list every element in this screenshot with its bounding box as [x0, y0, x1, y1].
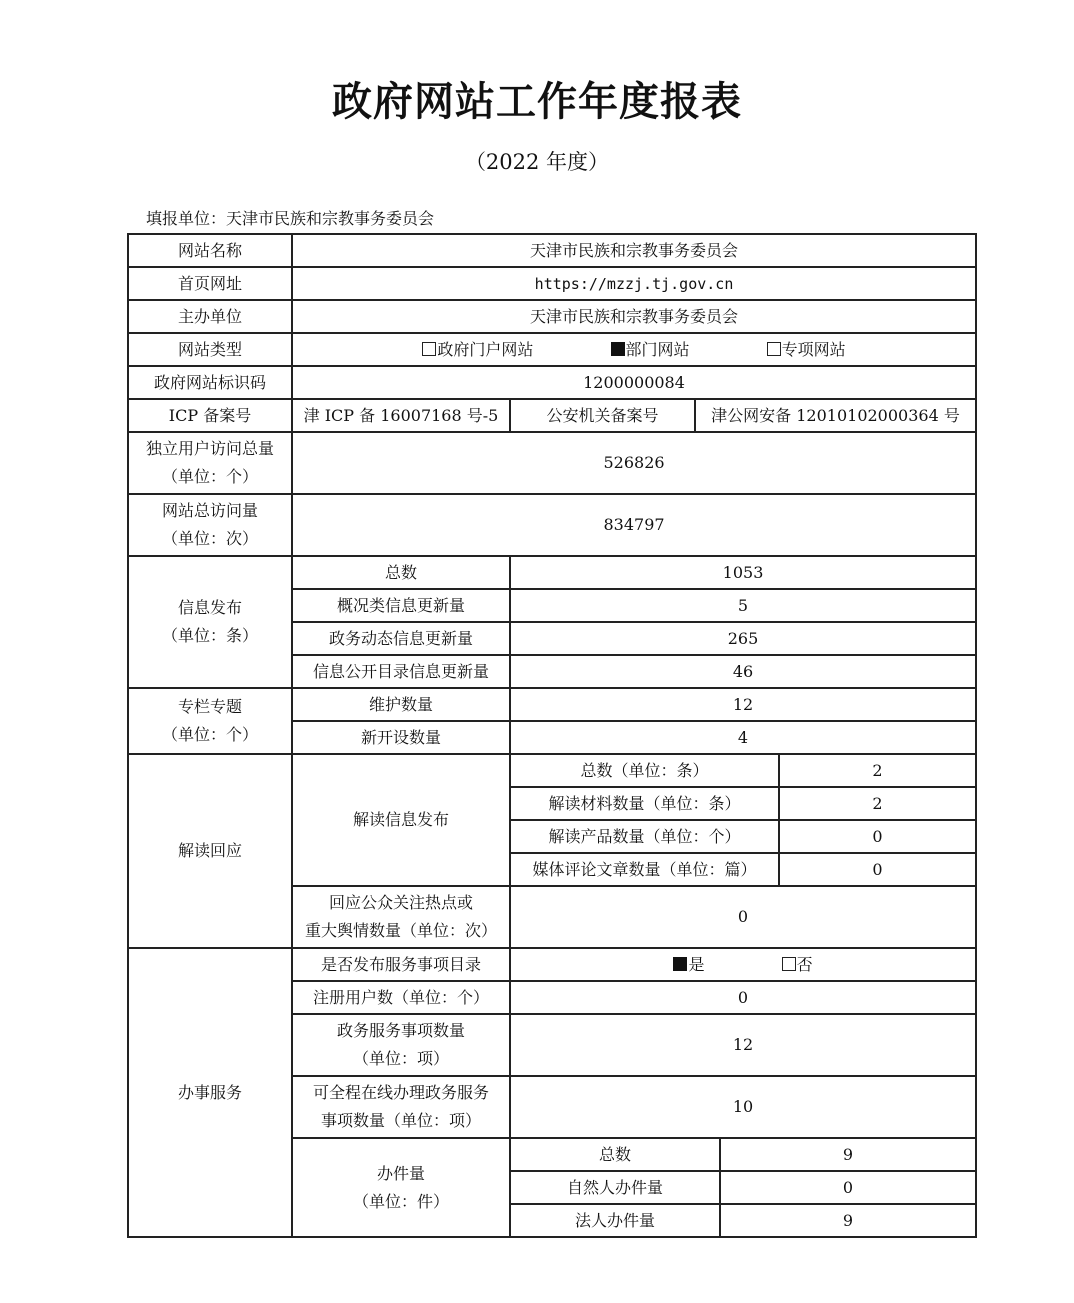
label: 解读产品数量（单位：个）: [510, 820, 779, 853]
label: 自然人办件量: [510, 1171, 720, 1204]
row-host: 主办单位 天津市民族和宗教事务委员会: [128, 300, 976, 333]
value: 天津市民族和宗教事务委员会: [292, 300, 976, 333]
checkbox-checked-icon[interactable]: [611, 342, 625, 356]
label: 网站总访问量（单位：次）: [128, 494, 292, 556]
row-site-type: 网站类型 政府门户网站 部门网站 专项网站: [128, 333, 976, 366]
checkbox-unchecked-icon[interactable]: [767, 342, 781, 356]
row-homepage: 首页网址 https://mzzj.tj.gov.cn: [128, 267, 976, 300]
label: 政务服务事项数量（单位：项）: [292, 1014, 510, 1076]
section-info-publish: 信息发布（单位：条）: [128, 556, 292, 688]
value: 10: [510, 1076, 976, 1138]
label: 概况类信息更新量: [292, 589, 510, 622]
page-title: 政府网站工作年度报表: [0, 70, 1074, 127]
report-table: 网站名称 天津市民族和宗教事务委员会 首页网址 https://mzzj.tj.…: [127, 233, 977, 1238]
value: 12: [510, 1014, 976, 1076]
value: 1053: [510, 556, 976, 589]
homepage-link[interactable]: https://mzzj.tj.gov.cn: [292, 267, 976, 300]
label: 主办单位: [128, 300, 292, 333]
label: 政府网站标识码: [128, 366, 292, 399]
value: 9: [720, 1138, 976, 1171]
report-year: （2022 年度）: [0, 146, 1074, 176]
option-yes[interactable]: 是: [673, 951, 704, 979]
value: 0: [720, 1171, 976, 1204]
label: ICP 备案号: [128, 399, 292, 432]
section-services: 办事服务: [128, 948, 292, 1237]
value: 0: [510, 981, 976, 1014]
option-portal[interactable]: 政府门户网站: [422, 336, 533, 364]
row-site-name: 网站名称 天津市民族和宗教事务委员会: [128, 234, 976, 267]
row-columns-maintain: 专栏专题（单位：个） 维护数量 12: [128, 688, 976, 721]
value: 265: [510, 622, 976, 655]
section-columns: 专栏专题（单位：个）: [128, 688, 292, 754]
cases-label: 办件量（单位：件）: [292, 1138, 510, 1237]
label: 回应公众关注热点或重大舆情数量（单位：次）: [292, 886, 510, 948]
row-uv: 独立用户访问总量（单位：个） 526826: [128, 432, 976, 494]
catalog-options: 是 否: [510, 948, 976, 981]
label: 独立用户访问总量（单位：个）: [128, 432, 292, 494]
police-value: 津公网安备 12010102000364 号: [695, 399, 976, 432]
value: 4: [510, 721, 976, 754]
label: 媒体评论文章数量（单位：篇）: [510, 853, 779, 886]
value: 526826: [292, 432, 976, 494]
value: 0: [510, 886, 976, 948]
value: 12: [510, 688, 976, 721]
label: 公安机关备案号: [510, 399, 695, 432]
label: 总数（单位：条）: [510, 754, 779, 787]
row-pv: 网站总访问量（单位：次） 834797: [128, 494, 976, 556]
label: 信息公开目录信息更新量: [292, 655, 510, 688]
section-interpret: 解读回应: [128, 754, 292, 948]
value: 2: [779, 787, 976, 820]
row-service-catalog: 办事服务 是否发布服务事项目录 是 否: [128, 948, 976, 981]
label: 网站类型: [128, 333, 292, 366]
row-info-total: 信息发布（单位：条） 总数 1053: [128, 556, 976, 589]
site-type-options: 政府门户网站 部门网站 专项网站: [292, 333, 976, 366]
row-interpret-total: 解读回应 解读信息发布 总数（单位：条） 2: [128, 754, 976, 787]
checkbox-checked-icon[interactable]: [673, 957, 687, 971]
label: 总数: [292, 556, 510, 589]
checkbox-unchecked-icon[interactable]: [422, 342, 436, 356]
label: 政务动态信息更新量: [292, 622, 510, 655]
value: 9: [720, 1204, 976, 1237]
value: 0: [779, 820, 976, 853]
value: 1200000084: [292, 366, 976, 399]
option-no[interactable]: 否: [782, 951, 813, 979]
row-icp: ICP 备案号 津 ICP 备 16007168 号-5 公安机关备案号 津公网…: [128, 399, 976, 432]
value: 46: [510, 655, 976, 688]
value: 5: [510, 589, 976, 622]
value: 天津市民族和宗教事务委员会: [292, 234, 976, 267]
label: 首页网址: [128, 267, 292, 300]
filler-unit: 填报单位：天津市民族和宗教事务委员会: [146, 206, 434, 229]
label: 是否发布服务事项目录: [292, 948, 510, 981]
value: 0: [779, 853, 976, 886]
label: 新开设数量: [292, 721, 510, 754]
interpret-publish-label: 解读信息发布: [292, 754, 510, 886]
label: 解读材料数量（单位：条）: [510, 787, 779, 820]
label: 可全程在线办理政务服务事项数量（单位：项）: [292, 1076, 510, 1138]
label: 法人办件量: [510, 1204, 720, 1237]
checkbox-unchecked-icon[interactable]: [782, 957, 796, 971]
label: 总数: [510, 1138, 720, 1171]
option-department[interactable]: 部门网站: [611, 336, 690, 364]
label: 维护数量: [292, 688, 510, 721]
label: 注册用户数（单位：个）: [292, 981, 510, 1014]
option-special[interactable]: 专项网站: [767, 336, 846, 364]
row-id-code: 政府网站标识码 1200000084: [128, 366, 976, 399]
value: 2: [779, 754, 976, 787]
label: 网站名称: [128, 234, 292, 267]
value: 834797: [292, 494, 976, 556]
icp-value: 津 ICP 备 16007168 号-5: [292, 399, 510, 432]
